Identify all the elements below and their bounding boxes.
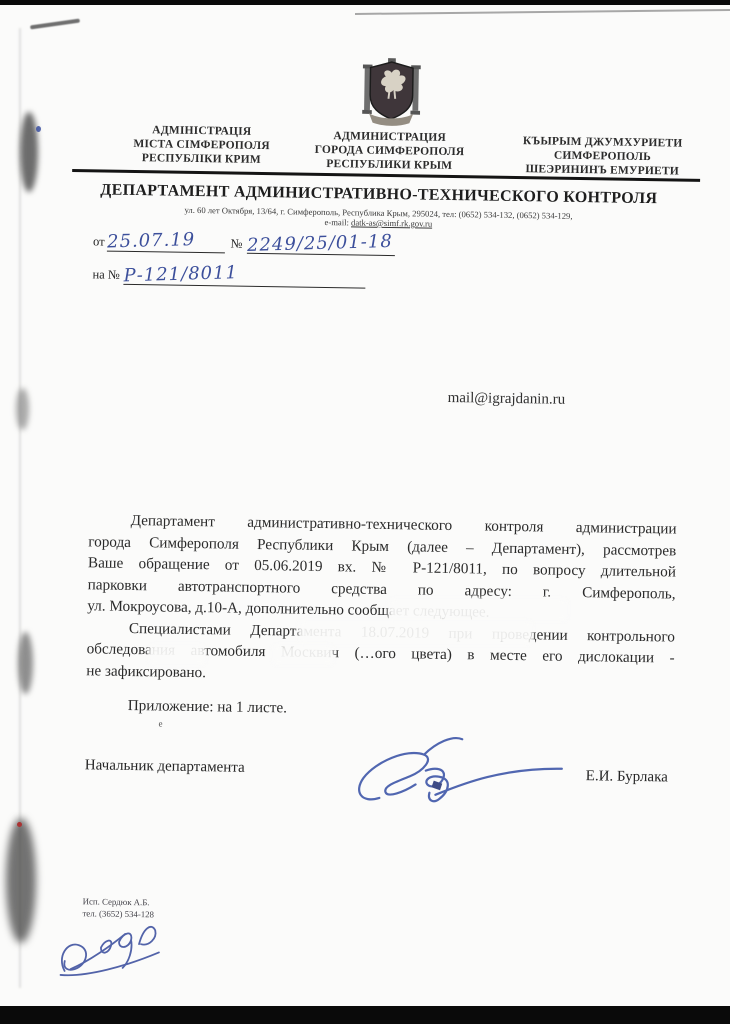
org-line: РЕСПУБЛИКИ КРЫМ bbox=[297, 157, 481, 174]
from-label: от bbox=[93, 234, 105, 248]
director-signature-icon bbox=[339, 725, 565, 821]
scanned-letter-page: АДМІНІСТРАЦІЯ МІСТА СІМФЕРОПОЛЯ РЕСПУБЛІ… bbox=[0, 0, 730, 1024]
department-address: ул. 60 лет Октября, 13/64, г. Симферопол… bbox=[68, 203, 688, 233]
attachment-line: Приложение: на 1 листе. bbox=[86, 694, 674, 725]
org-name-crimean-tatar: КЪЫРЫМ ДЖУМХУРИЕТИ СИМФЕРОПОЛЬ ШЕЭРИНИНЪ… bbox=[497, 134, 708, 179]
org-line: МІСТА СІМФЕРОПОЛЯ bbox=[109, 137, 293, 154]
reply-number-field: Р-121/8011 bbox=[124, 263, 366, 289]
signatory-position: Начальник департамента bbox=[85, 757, 245, 777]
date-field: 25.07.19 bbox=[106, 230, 224, 254]
executor-name: Исп. Сердюк А.Б. bbox=[83, 896, 155, 909]
whiteout-smudge bbox=[272, 644, 334, 665]
scan-edge-bottom bbox=[0, 1006, 730, 1024]
letter-body: Департамент административно-технического… bbox=[86, 509, 677, 725]
executor-paraph-icon bbox=[54, 913, 185, 990]
handwritten-reply-number: Р-121/8011 bbox=[124, 262, 239, 286]
org-name-ukrainian: АДМІНІСТРАЦІЯ МІСТА СІМФЕРОПОЛЯ РЕСПУБЛІ… bbox=[109, 123, 294, 168]
number-field: 2249/25/01-18 bbox=[246, 232, 394, 256]
number-label: № bbox=[230, 237, 242, 251]
email-label: e-mail: bbox=[324, 217, 351, 227]
org-line: ГОРОДА СИМФЕРОПОЛЯ bbox=[297, 143, 481, 160]
whiteout-smudge bbox=[298, 620, 533, 645]
department-email: datk-as@simf.rk.gov.ru bbox=[351, 217, 432, 228]
crimea-coat-of-arms-icon bbox=[362, 58, 421, 127]
recipient-email: mail@igrajdanin.ru bbox=[448, 390, 566, 409]
org-name-russian: АДМИНИСТРАЦИЯ ГОРОДА СИМФЕРОПОЛЯ РЕСПУБЛ… bbox=[297, 129, 482, 174]
whiteout-smudge bbox=[388, 598, 568, 621]
incoming-reference-row: на №Р-121/8011 bbox=[92, 262, 394, 289]
outgoing-reference-row: от25.07.19№2249/25/01-18 bbox=[93, 229, 395, 256]
whiteout-smudge bbox=[148, 644, 206, 665]
reference-block: от25.07.19№2249/25/01-18 на №Р-121/8011 bbox=[92, 229, 394, 300]
handwritten-number: 2249/25/01-18 bbox=[246, 231, 392, 256]
signatory-name: Е.И. Бурлака bbox=[586, 768, 668, 786]
stray-ink-mark: е bbox=[158, 718, 162, 728]
reply-label: на № bbox=[92, 267, 120, 281]
org-line: РЕСПУБЛІКИ КРИМ bbox=[109, 151, 293, 168]
handwritten-date: 25.07.19 bbox=[106, 229, 195, 252]
letter-content: АДМІНІСТРАЦІЯ МІСТА СІМФЕРОПОЛЯ РЕСПУБЛІ… bbox=[0, 0, 730, 1024]
